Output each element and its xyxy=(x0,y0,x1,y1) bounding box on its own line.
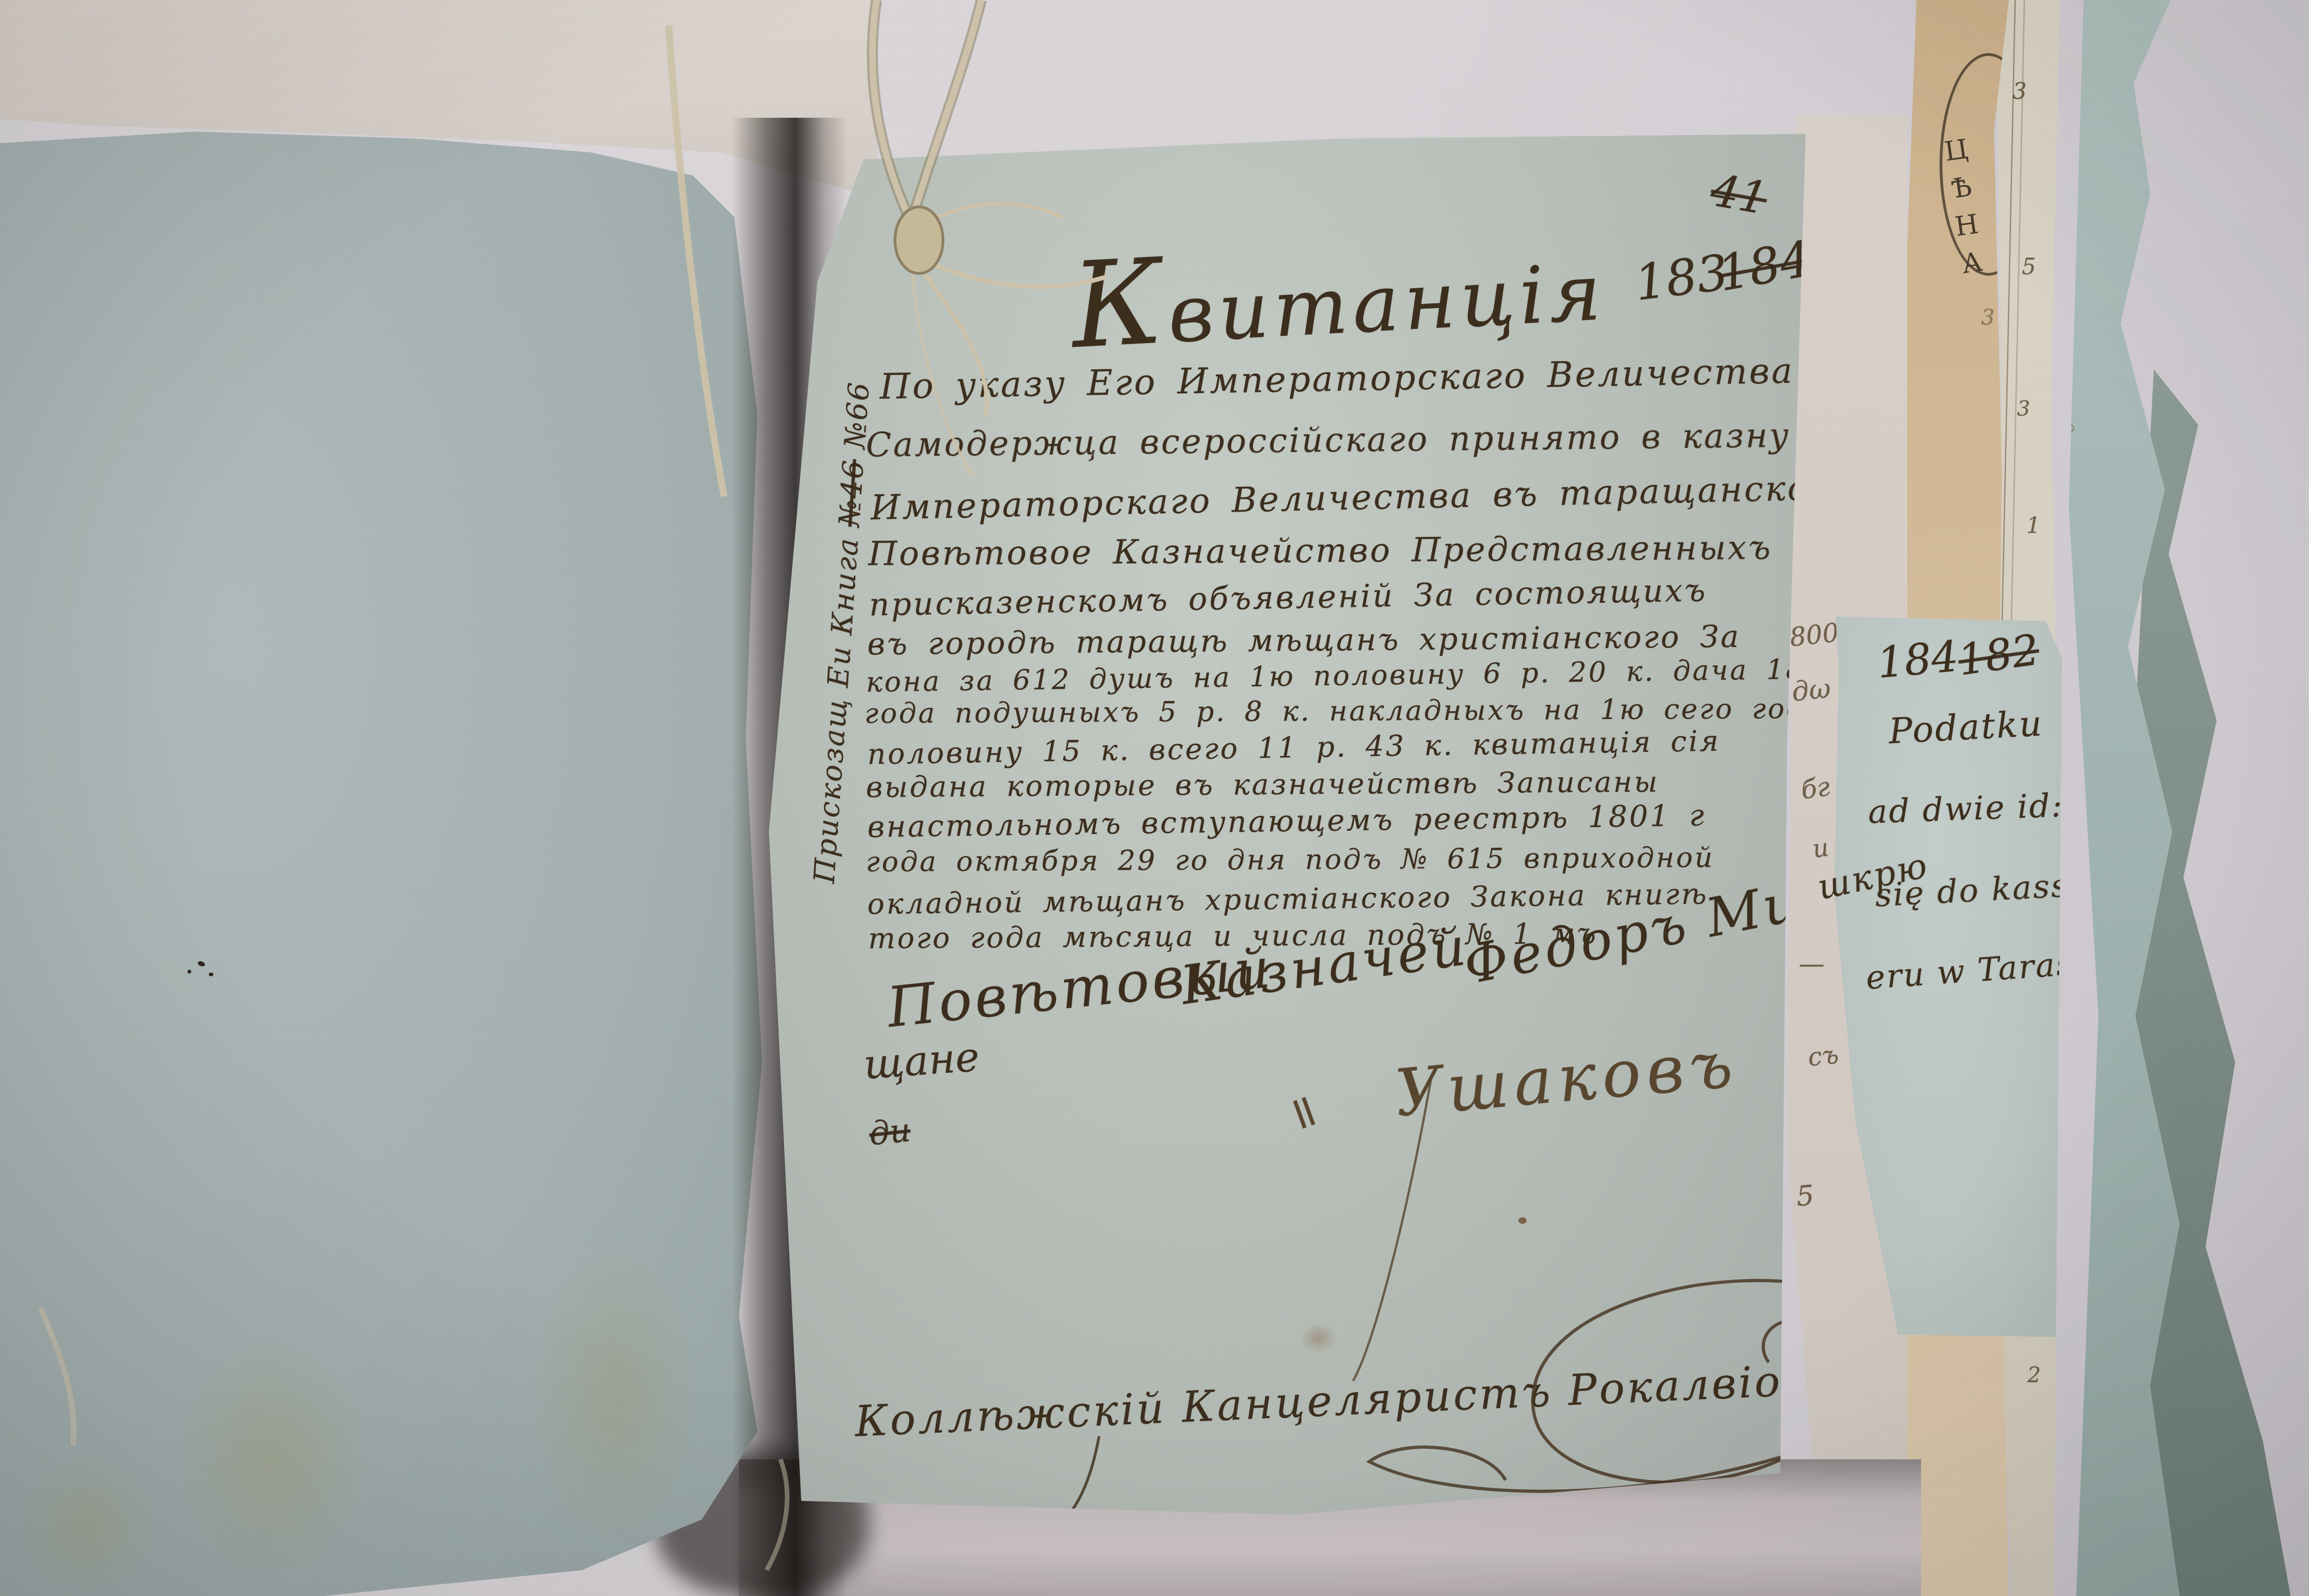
body-line-10: выдана которые въ казначействѣ Записаны xyxy=(866,765,1659,804)
cream-edge-fragment: и xyxy=(1811,833,1831,864)
blue-edge-fragment: з xyxy=(2057,419,2082,435)
cover-stain xyxy=(18,1455,157,1593)
cream-edge-fragment: 5 xyxy=(1795,1179,1815,1213)
folio-number-struck-top: 41 xyxy=(1707,164,1771,225)
ink-speck xyxy=(197,961,206,967)
body-line-11: внастольномъ вступающемъ реестрѣ 1801 г xyxy=(867,798,1706,844)
marginalia-word: щане xyxy=(862,1033,981,1088)
price-stamp-digit: 3 xyxy=(1981,305,1995,330)
cream-edge-fragment: дω xyxy=(1790,672,1832,707)
page-title: Квитанція xyxy=(1068,210,1608,375)
ruled-strip-digit: 3 xyxy=(2017,397,2030,421)
archival-photo: о з 3 5 1 3 5 2 ЦѢНА 3 800— дω бг и — съ… xyxy=(0,0,2309,1596)
ruled-strip-digit: 1 xyxy=(2026,513,2041,538)
body-line-5: присказенскомъ объявленій За состоящихъ xyxy=(869,572,1707,623)
treasurer-signature: Ушаковъ xyxy=(1392,1027,1741,1131)
page-stain xyxy=(1300,1323,1337,1354)
clerk-line: Коллѣжскій Канцеляристъ Рокалвіонскій xyxy=(854,1351,1913,1446)
margin-note-struck-number: №46 xyxy=(832,458,870,528)
body-line-4: Повѣтовое Казначейство Представленныхъ xyxy=(868,528,1772,573)
cream-edge-fragment: — xyxy=(1799,949,1825,979)
under-page-folio-struck: 182 xyxy=(1955,625,2042,685)
ruled-strip-digit: 2 xyxy=(2027,1362,2041,1387)
cream-edge-fragment: съ xyxy=(1807,1040,1840,1072)
under-page-line: Podatku xyxy=(1888,702,2044,751)
back-cover xyxy=(0,0,794,1596)
ink-speck xyxy=(1518,1217,1527,1224)
body-line-9: половину 15 к. всего 11 р. 43 к. квитанц… xyxy=(867,724,1721,771)
cover-stain xyxy=(175,1339,369,1579)
ink-speck xyxy=(209,973,213,976)
marginalia-struck: ди xyxy=(867,1111,913,1153)
under-page-line: eru w Taras: xyxy=(1865,943,2088,997)
ink-speck xyxy=(187,970,191,973)
folio-number-struck-prev: 184 xyxy=(1714,230,1816,302)
ruled-strip-digit: 3 xyxy=(2013,79,2027,104)
cream-edge-fragment: бг xyxy=(1799,772,1832,805)
margin-note-text: Прискозащ Еи Книга xyxy=(807,536,865,885)
body-line-1: По указу Его Императорскаго Величества xyxy=(879,350,1795,407)
body-line-6: въ городѣ таращѣ мѣщанъ христіанского За xyxy=(867,619,1741,662)
signature-equals-mark: = xyxy=(1274,1085,1338,1140)
body-line-2: Самодержца всероссійскаго принято в казн… xyxy=(866,415,1877,465)
ruled-strip-digit: 5 xyxy=(2022,254,2036,280)
under-page-folio-current: 184 xyxy=(1875,632,1960,688)
body-line-3: Императорскаго Величества въ таращанское xyxy=(870,468,1832,528)
body-line-12: года октября 29 го дня подъ № 615 вприхо… xyxy=(866,841,1715,878)
cover-stain xyxy=(531,1247,697,1542)
under-page-line: ad dwie id: xyxy=(1868,786,2064,831)
main-page: Прискозащ Еи Книга №46 №66 Квитанція 41 … xyxy=(748,125,1838,1542)
